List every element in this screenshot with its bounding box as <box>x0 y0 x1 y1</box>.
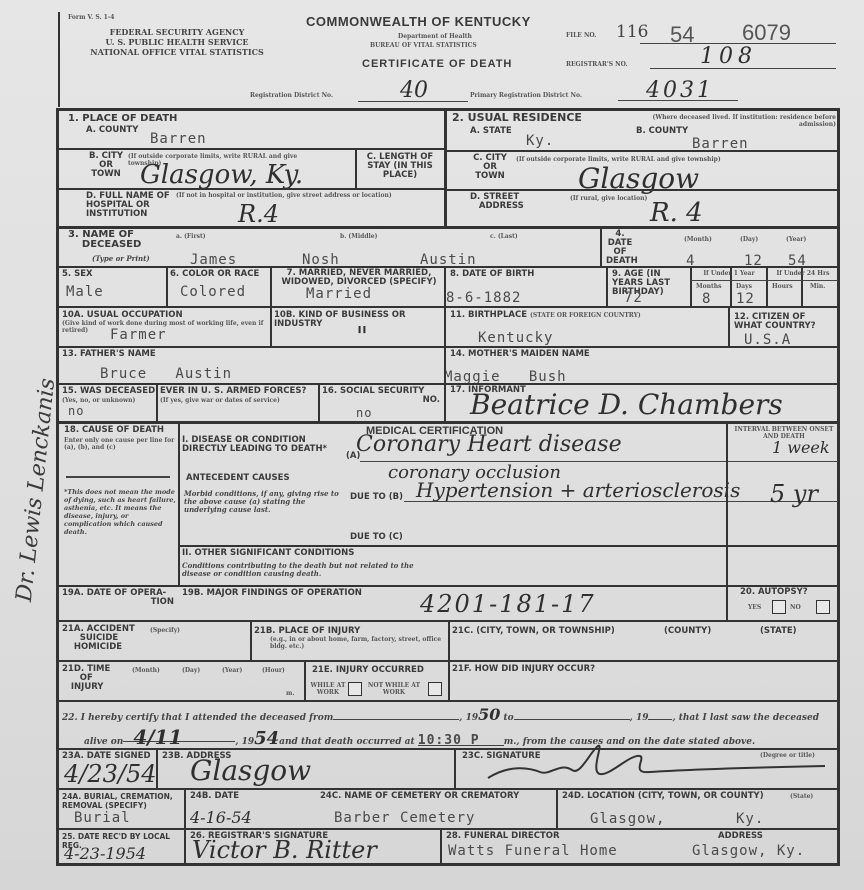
first-label: a. (First) <box>176 233 206 240</box>
autopsy-no-label: NO <box>790 604 801 611</box>
cause-label: 18. CAUSE OF DEATH <box>64 426 164 435</box>
cert-line2-c: and that death occurred at <box>279 737 414 747</box>
divider-1-2 <box>444 110 447 228</box>
rule <box>58 188 446 190</box>
autopsy-yes-checkbox[interactable] <box>772 600 786 614</box>
op-findings-label: 19b. MAJOR FINDINGS OF OPERATION <box>182 589 362 598</box>
middle-label: b. (Middle) <box>340 233 377 240</box>
injury-city-label: 21c. (CITY, TOWN, OR TOWNSHIP) <box>452 627 615 636</box>
hospital-label: d. FULL NAME OF HOSPITAL OR INSTITUTION <box>86 192 176 219</box>
primary-district-label: Primary Registration District No. <box>470 92 582 99</box>
form-number: Form V. S. 1-4 <box>68 14 114 21</box>
rule <box>58 421 838 424</box>
rule <box>58 788 838 790</box>
place-injury-note: (e.g., in or about home, farm, factory, … <box>270 636 446 650</box>
father: Bruce Austin <box>100 366 232 382</box>
time-m-label: m. <box>286 690 294 697</box>
agency-line-1: FEDERAL SECURITY AGENCY <box>62 27 292 37</box>
registrar-no-label: REGISTRAR'S NO. <box>566 61 628 68</box>
armed-note-1: (Yes, no, or unknown) <box>62 397 135 404</box>
part2-label: II. OTHER SIGNIFICANT CONDITIONS <box>182 549 354 558</box>
date-signed: 4/23/54 <box>64 760 157 788</box>
sex-label: 5. SEX <box>62 270 93 279</box>
cause-b: Hypertension + arteriosclerosis <box>416 478 740 502</box>
under-24-label: If Under 24 Hrs <box>768 270 838 277</box>
cert-line2-b: , 19 <box>235 737 254 747</box>
county-label: a. COUNTY <box>86 126 138 135</box>
time-day-label: (Day) <box>182 667 200 674</box>
res-state: Ky. <box>526 133 554 149</box>
dod-day-label: (Day) <box>740 236 758 243</box>
cause-footnote: *This does not mean the mode of dying, s… <box>64 488 176 536</box>
agency-line-3: NATIONAL OFFICE VITAL STATISTICS <box>62 47 292 57</box>
death-county: Barren <box>150 131 207 147</box>
death-hospital: R.4 <box>238 200 279 228</box>
rule <box>156 383 158 422</box>
agency-block: FEDERAL SECURITY AGENCY U. S. PUBLIC HEA… <box>62 27 292 57</box>
cert-line2-a: alive on <box>84 737 123 747</box>
res-state-label: a. STATE <box>470 127 512 136</box>
rule <box>454 748 456 788</box>
cert-line-1: 22. I hereby certify that I attended the… <box>62 711 819 722</box>
rule <box>728 306 730 346</box>
occupation-label: 10a. USUAL OCCUPATION <box>62 311 183 320</box>
state-title: COMMONWEALTH OF KENTUCKY <box>306 14 531 29</box>
funeral-address: Glasgow, Ky. <box>692 843 805 859</box>
rule <box>318 383 320 422</box>
registration-district-label: Registration District No. <box>250 92 333 99</box>
father-label: 13. FATHER'S NAME <box>62 350 156 359</box>
cert-alive-year: 54 <box>254 728 279 749</box>
rule <box>66 476 170 478</box>
dob: 8-6-1882 <box>446 290 521 306</box>
injury-state-label: (STATE) <box>760 627 797 636</box>
frame-left-rule <box>58 12 60 107</box>
while-at-work-label: WHILE AT WORK <box>310 682 346 696</box>
time-year-label: (Year) <box>222 667 242 674</box>
op-findings: 4201-181-17 <box>420 590 596 618</box>
rule <box>178 421 180 586</box>
ssn-label: 16. SOCIAL SECURITYNO. <box>322 387 440 405</box>
dod-year-label: (Year) <box>786 236 806 243</box>
rule <box>58 148 446 150</box>
rule <box>304 660 306 700</box>
agency-line-2: U. S. PUBLIC HEALTH SERVICE <box>62 37 292 47</box>
armed-note-2: (If yes, give war or dates of service) <box>160 397 280 404</box>
cert-line1-c: to <box>504 713 514 723</box>
mother-label: 14. MOTHER'S MAIDEN NAME <box>450 350 590 359</box>
location-state-label: (State) <box>790 793 813 800</box>
rule <box>556 788 558 828</box>
primary-district-underline <box>618 100 738 101</box>
rule <box>355 148 357 188</box>
marital-label: 7. MARRIED, NEVER MARRIED, WIDOWED, DIVO… <box>274 269 444 287</box>
registration-district: 40 <box>400 78 428 103</box>
birthplace-note: (State or foreign country) <box>530 312 641 319</box>
rule <box>58 226 838 229</box>
dob-label: 8. DATE OF BIRTH <box>450 270 534 279</box>
cemetery: Barber Cemetery <box>334 810 475 826</box>
occupation: Farmer <box>110 327 167 343</box>
place-injury-label: 21b. PLACE OF INJURY <box>254 627 360 636</box>
funeral-director: Watts Funeral Home <box>448 843 618 859</box>
registration-district-underline <box>358 101 468 102</box>
age-months: 8 <box>702 291 711 307</box>
date-recd: 4-23-1954 <box>64 844 146 863</box>
name-note: (Type or Print) <box>92 255 150 263</box>
antecedent-label: ANTECEDENT CAUSES <box>186 474 290 483</box>
marital: Married <box>306 286 372 302</box>
rule <box>600 226 602 266</box>
death-city: Glasgow, Ky. <box>140 160 303 190</box>
min-label: Min. <box>810 283 825 290</box>
res-city-label: c. CITYORTOWN <box>470 154 510 181</box>
file-no-prefix: 116 <box>616 22 648 42</box>
birthplace-label: 11. BIRTHPLACE (State or foreign country… <box>450 311 641 320</box>
cert-line1-e: , that I last saw the deceased <box>672 713 819 723</box>
location-state: Ky. <box>736 811 764 827</box>
hospital-note: (If not in hospital or institution, give… <box>176 192 426 199</box>
rule <box>58 585 838 587</box>
months-label: Months <box>696 283 722 290</box>
rule <box>58 660 838 662</box>
burial-date-label: 24b. DATE <box>190 792 239 801</box>
city-label: b. CITYORTOWN <box>86 152 126 179</box>
while-at-work-checkbox[interactable] <box>348 682 362 696</box>
bureau: BUREAU OF VITAL STATISTICS <box>370 42 477 49</box>
rule <box>58 306 838 308</box>
autopsy-yes-label: YES <box>748 604 761 611</box>
injury-county-label: (COUNTY) <box>664 627 711 636</box>
usual-residence-label: 2. USUAL RESIDENCE <box>452 113 582 122</box>
death-certificate: Dr. Lewis Lenckanis Form V. S. 1-4 FEDER… <box>0 0 864 890</box>
informant: Beatrice D. Chambers <box>470 388 783 421</box>
antecedent-note: Morbid conditions, if any, giving rise t… <box>184 490 344 514</box>
name-label: 3. NAME OF DECEASED <box>68 230 141 250</box>
dod-label: 4. DATEOFDEATH <box>606 230 634 266</box>
res-street: R. 4 <box>650 198 703 228</box>
birthplace-label-text: 11. BIRTHPLACE <box>450 310 527 320</box>
rule <box>606 266 608 306</box>
cert-line1-a: 22. I hereby certify that I attended the… <box>62 713 333 723</box>
file-no-label: FILE NO. <box>566 32 596 39</box>
last-label: c. (Last) <box>490 233 518 240</box>
under-1-label: If Under 1 Year <box>692 270 766 277</box>
race: Colored <box>180 284 246 300</box>
part1-label: I. DISEASE OR CONDITION DIRECTLY LEADING… <box>182 436 342 454</box>
age: 72 <box>624 290 643 306</box>
armed-label-1: 15. WAS DECEASED <box>62 387 155 396</box>
rule <box>180 545 838 547</box>
registrar-no-underline <box>650 68 836 69</box>
armed-forces: no <box>68 404 84 418</box>
rule <box>440 828 442 864</box>
file-no-year: 54 <box>670 22 694 48</box>
part2-note: Conditions contributing to the death but… <box>182 562 442 578</box>
race-label: 6. COLOR OR RACE <box>170 270 259 279</box>
res-county-label: b. COUNTY <box>636 127 688 136</box>
res-street-label: d. STREET ADDRESS <box>470 193 524 211</box>
interval-b: 5 yr <box>770 480 818 508</box>
rule <box>270 266 272 306</box>
cemetery-label: 24c. NAME OF CEMETERY OR CREMATORY <box>320 792 519 801</box>
rule <box>58 383 838 385</box>
rule <box>58 346 838 348</box>
cert-address: Glasgow <box>190 754 311 787</box>
department: Department of Health <box>398 33 472 40</box>
burial: Burial <box>74 810 131 826</box>
cause-a: Coronary Heart disease <box>356 432 622 457</box>
rule <box>58 700 838 702</box>
ssn: no <box>356 406 372 420</box>
funeral-label: 28. FUNERAL DIRECTOR <box>446 832 560 841</box>
cause-note: Enter only one cause per line for (a), (… <box>64 437 176 451</box>
rule <box>726 585 728 620</box>
physician-signature <box>480 742 830 788</box>
registrar-no: 108 <box>700 44 757 69</box>
rule <box>184 788 186 864</box>
cert-from-year: 50 <box>478 705 500 724</box>
armed-label-2: EVER IN U. S. ARMED FORCES? <box>160 387 306 396</box>
registrar-signature: Victor B. Ritter <box>192 836 377 864</box>
rule <box>58 828 838 830</box>
funeral-address-label: ADDRESS <box>718 832 763 841</box>
interval-a: 1 week <box>772 438 830 457</box>
burial-date: 4-16-54 <box>190 808 252 827</box>
res-street-note: (If rural, give location) <box>570 195 647 202</box>
autopsy-no-checkbox[interactable] <box>816 600 830 614</box>
burial-label: 24a. BURIAL, CREMATION, REMOVAL (Specify… <box>62 792 180 810</box>
age-days: 12 <box>736 291 755 307</box>
rule <box>166 266 168 306</box>
time-hour-label: (Hour) <box>262 667 285 674</box>
accident-label: 21a. ACCIDENT SUICIDE HOMICIDE <box>62 625 135 652</box>
location-label: 24d. LOCATION (City, town, or county) <box>562 792 764 801</box>
rule <box>690 280 838 281</box>
stay-label: c. LENGTH OF STAY (in this place) <box>360 153 440 180</box>
rule <box>446 189 838 191</box>
location-city: Glasgow, <box>590 811 665 827</box>
how-injury-label: 21f. HOW DID INJURY OCCUR? <box>452 665 595 674</box>
not-while-at-work-checkbox[interactable] <box>428 682 442 696</box>
dod-month-label: (Month) <box>684 236 712 243</box>
rule <box>58 266 838 268</box>
rule <box>726 421 728 586</box>
autopsy-label: 20. AUTOPSY? <box>740 588 808 597</box>
cause-c-label: DUE TO (c) <box>350 533 403 542</box>
cert-alive-on: 4/11 <box>123 733 235 742</box>
rule <box>446 150 838 152</box>
cert-line1-b: , 19 <box>459 713 478 723</box>
time-injury-label: 21d. TIME OF INJURY <box>62 665 110 692</box>
cert-line1-d: , 19 <box>630 713 649 723</box>
rule <box>250 620 252 660</box>
sex: Male <box>66 284 104 300</box>
injury-occurred-label: 21e. INJURY OCCURRED <box>312 666 424 675</box>
rule <box>270 306 272 346</box>
cause-b-label: DUE TO (b) <box>350 493 403 502</box>
hours-label: Hours <box>772 283 793 290</box>
place-of-death-label: 1. PLACE OF DEATH <box>68 114 177 123</box>
days-label: Days <box>736 283 752 290</box>
certificate-title: CERTIFICATE OF DEATH <box>362 58 512 70</box>
not-while-at-work-label: NOT WHILE AT WORK <box>364 682 424 696</box>
op-date-label: 19a. DATE OF OPERA-TION <box>62 589 174 607</box>
accident-specify: (Specify) <box>150 627 180 634</box>
time-month-label: (Month) <box>132 667 160 674</box>
birthplace: Kentucky <box>478 330 553 346</box>
citizen-label: 12. CITIZEN OF WHAT COUNTRY? <box>734 313 834 331</box>
